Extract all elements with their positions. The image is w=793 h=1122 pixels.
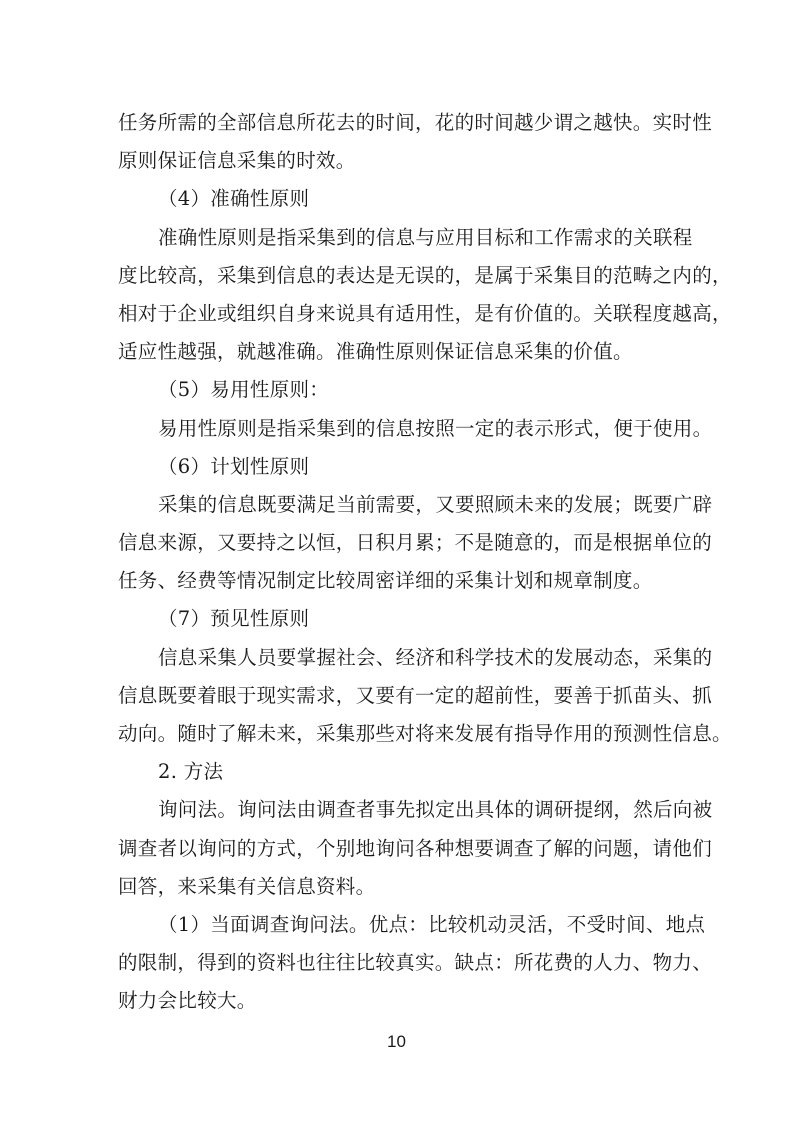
document-body: 任务所需的全部信息所花去的时间，花的时间越少谓之越快。实时性 原则保证信息采集的… — [118, 104, 674, 1021]
text-line: 回答，来采集有关信息资料。 — [118, 868, 674, 906]
text-line: 度比较高，采集到信息的表达是无误的，是属于采集目的范畴之内的， — [118, 257, 674, 295]
text-line: 信息既要着眼于现实需求，又要有一定的超前性，要善于抓苗头、抓 — [118, 677, 674, 715]
text-line: 易用性原则是指采集到的信息按照一定的表示形式，便于使用。 — [118, 410, 674, 448]
text-line: 财力会比较大。 — [118, 982, 674, 1020]
section-heading: （7）预见性原则 — [118, 600, 674, 638]
page-number: 10 — [0, 1032, 793, 1052]
text-line: 采集的信息既要满足当前需要，又要照顾未来的发展；既要广辟 — [118, 486, 674, 524]
text-line: （1）当面调查询问法。优点：比较机动灵活，不受时间、地点 — [118, 906, 674, 944]
text-line: 任务所需的全部信息所花去的时间，花的时间越少谓之越快。实时性 — [118, 104, 674, 142]
text-line: 相对于企业或组织自身来说具有适用性，是有价值的。关联程度越高， — [118, 295, 674, 333]
text-line: 询问法。询问法由调查者事先拟定出具体的调研提纲，然后向被 — [118, 791, 674, 829]
text-line: 信息采集人员要掌握社会、经济和科学技术的发展动态，采集的 — [118, 639, 674, 677]
text-line: 适应性越强，就越准确。准确性原则保证信息采集的价值。 — [118, 333, 674, 371]
text-line: 原则保证信息采集的时效。 — [118, 142, 674, 180]
section-heading: （5）易用性原则： — [118, 371, 674, 409]
text-line: 信息来源，又要持之以恒，日积月累；不是随意的，而是根据单位的 — [118, 524, 674, 562]
section-heading: （6）计划性原则 — [118, 448, 674, 486]
section-heading: 2. 方法 — [118, 753, 674, 791]
text-line: 动向。随时了解未来，采集那些对将来发展有指导作用的预测性信息。 — [118, 715, 674, 753]
text-line: 准确性原则是指采集到的信息与应用目标和工作需求的关联程 — [118, 219, 674, 257]
text-line: 调查者以询问的方式，个别地询问各种想要调查了解的问题，请他们 — [118, 830, 674, 868]
text-line: 的限制，得到的资料也往往比较真实。缺点：所花费的人力、物力、 — [118, 944, 674, 982]
section-heading: （4）准确性原则 — [118, 180, 674, 218]
text-line: 任务、经费等情况制定比较周密详细的采集计划和规章制度。 — [118, 562, 674, 600]
